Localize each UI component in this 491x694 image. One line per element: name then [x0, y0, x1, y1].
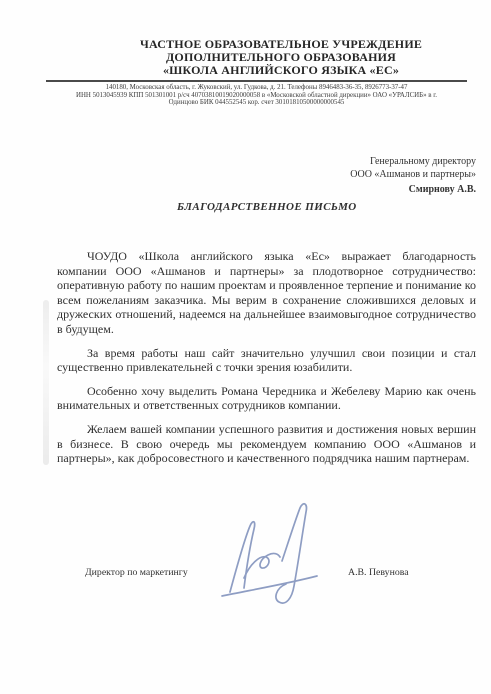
signature-stroke-middle [244, 554, 280, 578]
letter-title: БЛАГОДАРСТВЕННОЕ ПИСЬМО [177, 201, 357, 213]
letterhead-org-name: ЧАСТНОЕ ОБРАЗОВАТЕЛЬНОЕ УЧРЕЖДЕНИЕ ДОПОЛ… [100, 38, 462, 77]
paragraph-employees: Особенно хочу выделить Романа Чередника … [57, 384, 476, 413]
recipient-company: ООО «Ашманов и партнеры» [350, 169, 476, 182]
letterhead-divider [46, 80, 467, 82]
org-name-line1: ЧАСТНОЕ ОБРАЗОВАТЕЛЬНОЕ УЧРЕЖДЕНИЕ [100, 38, 462, 51]
org-name-line2: ДОПОЛНИТЕЛЬНОГО ОБРАЗОВАНИЯ [100, 51, 462, 64]
paragraph-wishes: Желаем вашей компании успешного развития… [57, 422, 476, 466]
signature-stroke-right [276, 504, 307, 603]
org-name-line3: «ШКОЛА АНГЛИЙСКОГО ЯЗЫКА «ЕС» [100, 64, 462, 77]
signer-name: А.В. Певунова [348, 567, 409, 578]
signature-underline-flourish [222, 576, 317, 596]
scan-artifact [43, 300, 49, 465]
handwritten-signature [216, 498, 336, 616]
letter-body: ЧОУДО «Школа английского языка «Ес» выра… [57, 249, 476, 475]
recipient-name: Смирнову А.В. [350, 184, 476, 197]
scanned-letter-page: ЧАСТНОЕ ОБРАЗОВАТЕЛЬНОЕ УЧРЕЖДЕНИЕ ДОПОЛ… [0, 0, 491, 694]
recipient-block: Генеральному директору ООО «Ашманов и па… [350, 156, 476, 197]
recipient-position: Генеральному директору [350, 156, 476, 169]
bank-details-line1: ИНН 5013045939 КПП 501301001 р/сч 407038… [46, 92, 467, 100]
address-phone-line: 140180, Московская область, г. Жуковский… [46, 84, 467, 92]
signature-stroke-left [230, 522, 255, 592]
paragraph-gratitude: ЧОУДО «Школа английского языка «Ес» выра… [57, 249, 476, 337]
letterhead-contacts: 140180, Московская область, г. Жуковский… [46, 84, 467, 107]
paragraph-site-results: За время работы наш сайт значительно улу… [57, 346, 476, 375]
bank-details-line2: Одинцово БИК 044552545 кор. счет 3010181… [46, 99, 467, 107]
signer-position: Директор по маркетингу [85, 567, 188, 578]
